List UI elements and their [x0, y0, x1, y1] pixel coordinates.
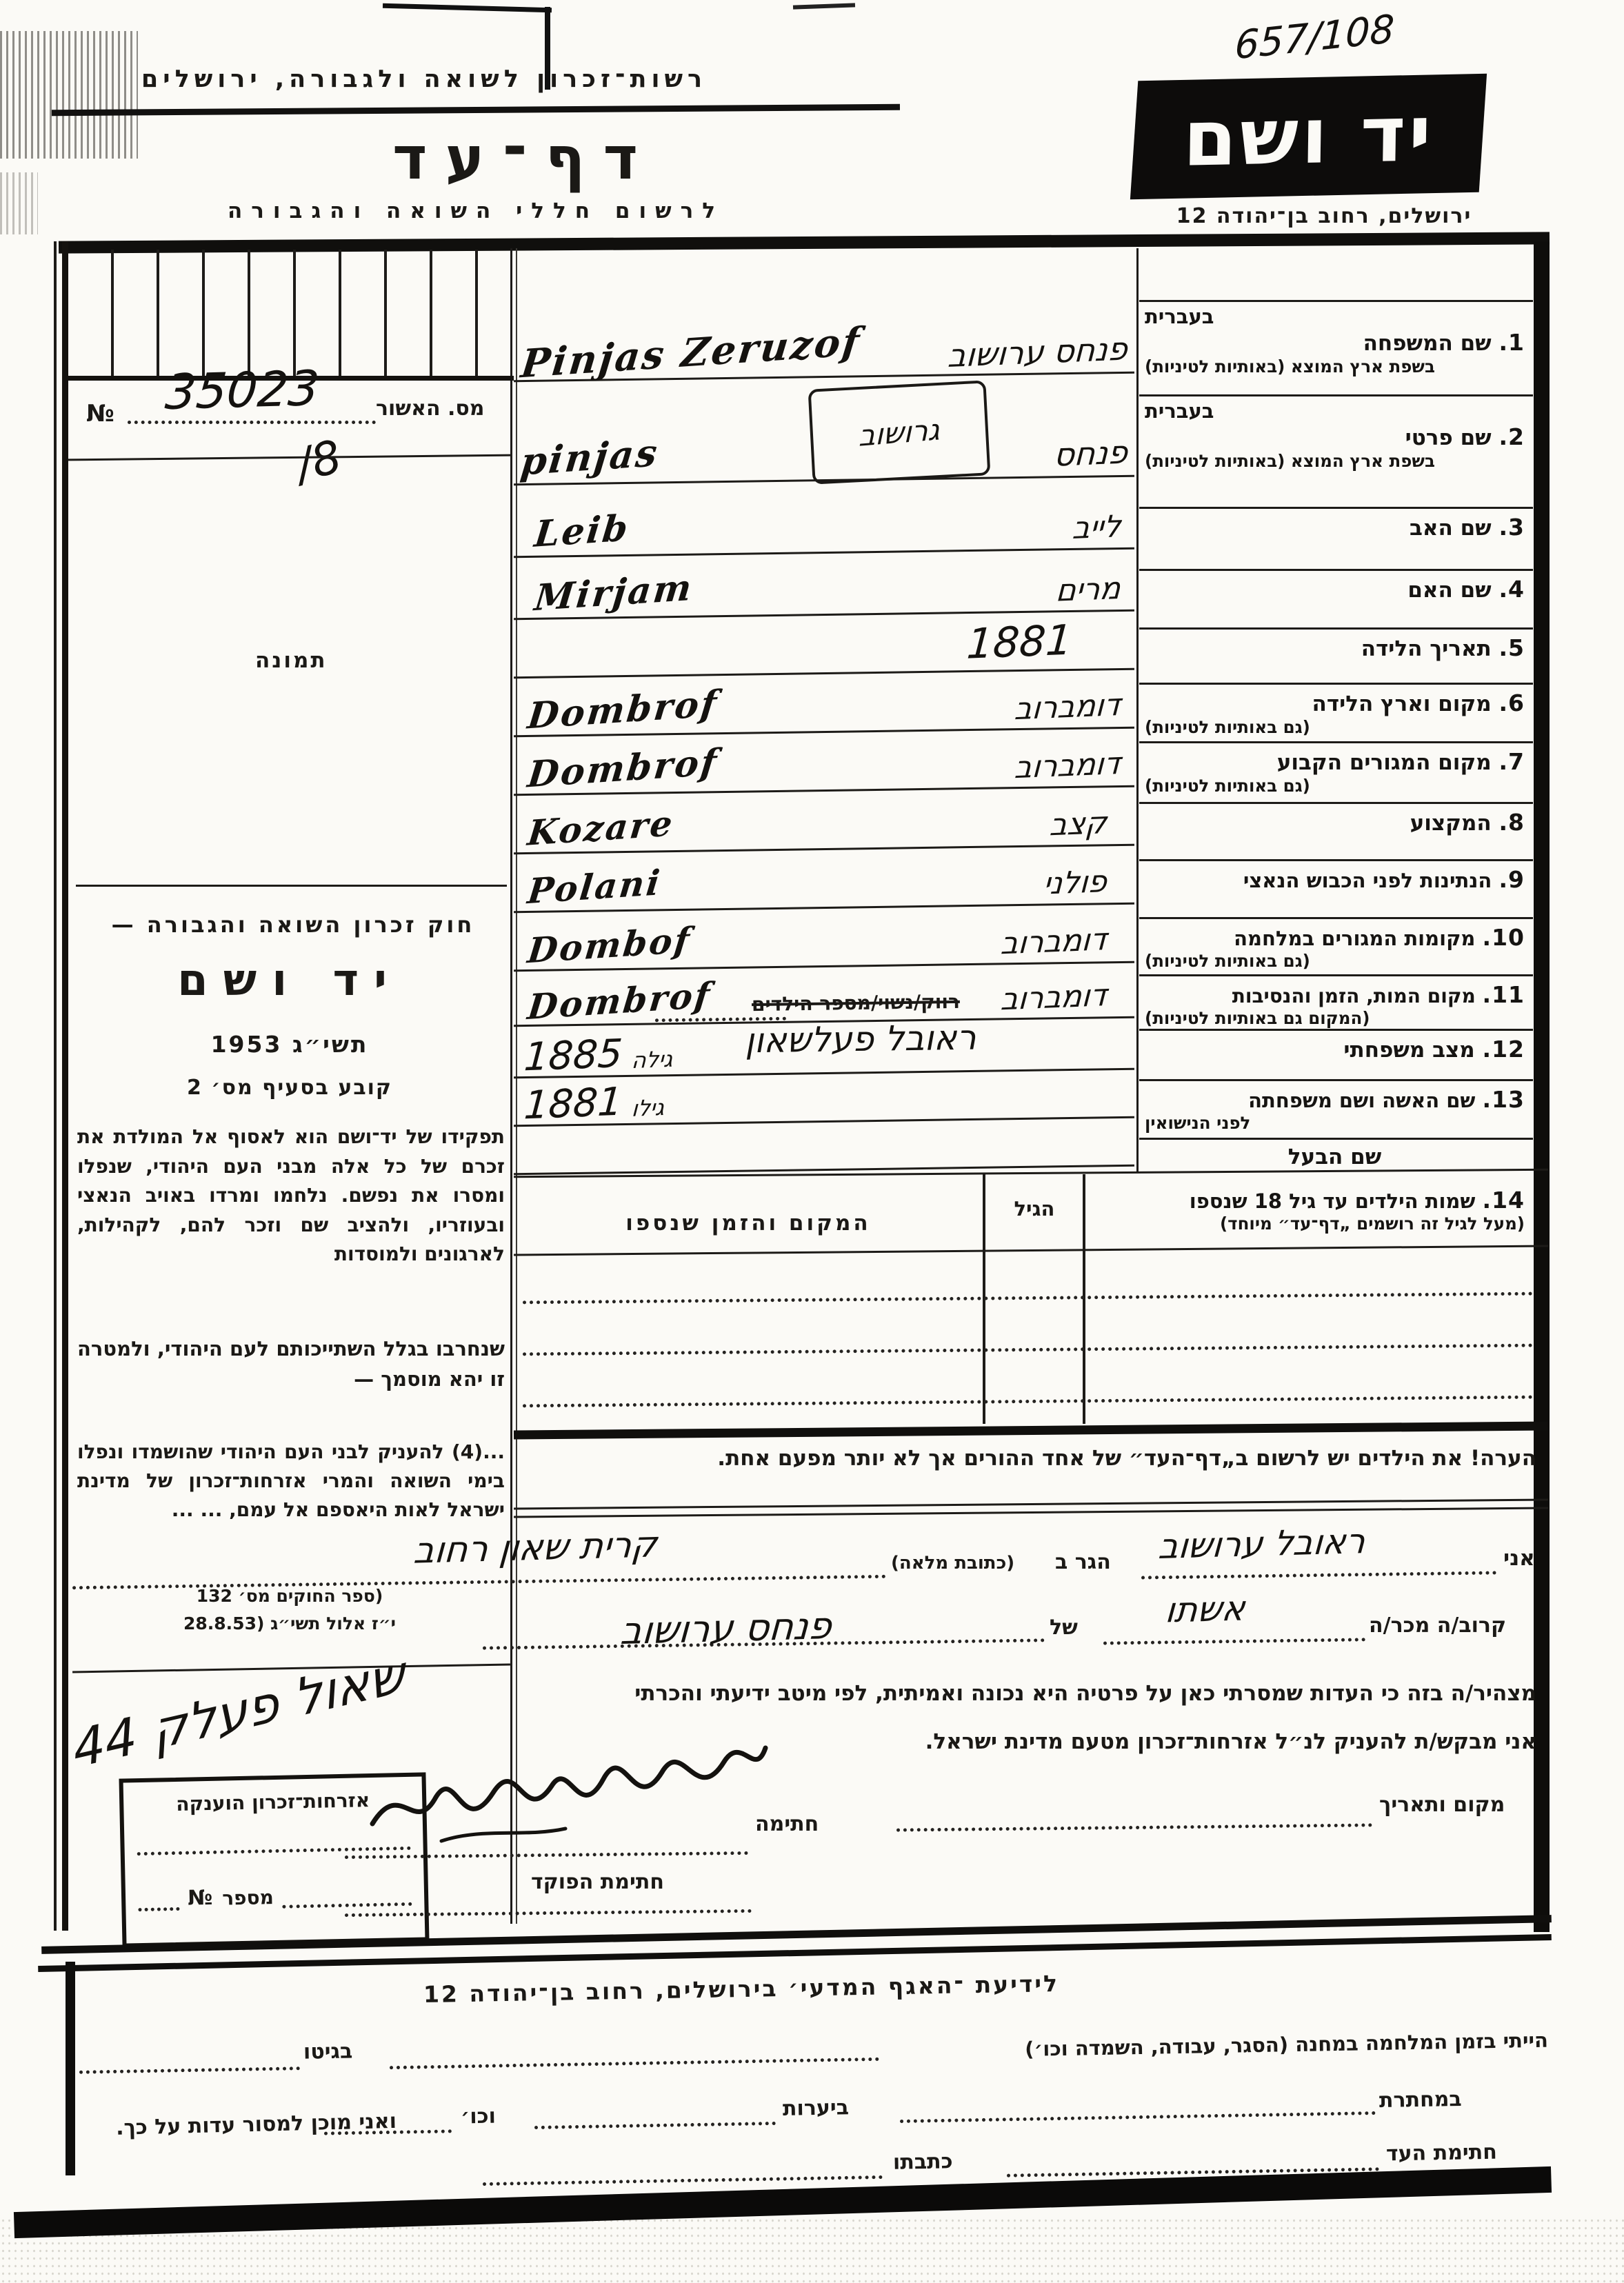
- form-left-outer-border: [54, 241, 57, 1931]
- scan-artifact-line: [793, 3, 855, 9]
- field-label: שם הבעל: [1145, 1144, 1525, 1171]
- field-number: 7.: [1498, 748, 1525, 775]
- law-paragraph-bold: שנחרבו בגלל השתייכותם לעם היהודי, ולמטרה…: [77, 1334, 505, 1394]
- law-paragraph-2: ‏...(4) להעניק לבני העם היהודי שהושמדו ו…: [77, 1438, 505, 1525]
- place-date-line: [896, 1823, 1372, 1831]
- field-sublabel: (גם באותיות לטיניות): [1145, 952, 1525, 971]
- form-subtitle: לרשום חללי השואה והגבורה: [117, 199, 834, 223]
- law-reference-1: (ספר החוקים מס׳ 132: [124, 1586, 455, 1606]
- approval-no-symbol: №: [86, 400, 114, 428]
- war-residence-hebrew-hw: דומברוב: [1000, 922, 1108, 961]
- field-label: שם המשפחה: [1363, 331, 1492, 356]
- place-date-label: מקום ותאריך: [1379, 1793, 1505, 1817]
- entry-birth-date: 1881: [534, 614, 1073, 674]
- field-label: שמות הילדים עד גיל 18 שנספו: [1190, 1189, 1476, 1213]
- field-number: 1.: [1498, 329, 1525, 356]
- residence-latin-hw: Dombrof: [525, 741, 721, 796]
- scanned-testimony-page: רשות־זכרון לשואה ולגבורה, ירושלים דף־עד …: [0, 0, 1624, 2283]
- scan-artifact-line: [383, 3, 552, 12]
- field-label: מצב משפחתי: [1343, 1038, 1474, 1063]
- entry-mother-name: Mirjam מרים: [534, 552, 1121, 615]
- wife-age-entry: גילה 1885: [524, 1032, 673, 1079]
- entry-family-name: Pinjas Zeruzof פנחס ערושוב: [520, 292, 1127, 378]
- husband-age-entry: גילו 1881: [524, 1080, 665, 1127]
- first-name-latin-hw: pinjas: [519, 430, 661, 484]
- note-text: הערה! את הילדים יש לרשום ב„דף־העד״ של אח…: [523, 1445, 1536, 1474]
- field-label-marital-status: 12. מצב משפחתי: [1139, 1029, 1533, 1067]
- etc-label: וכו׳: [461, 2104, 497, 2129]
- bottom-section-left-border: [66, 1962, 75, 2175]
- scan-smudge: [0, 31, 138, 159]
- birth-place-latin-hw: Dombrof: [525, 683, 721, 738]
- citizenship-hebrew-hw: פולני: [1043, 864, 1108, 902]
- field-number: 8.: [1498, 809, 1525, 836]
- form-left-border: [62, 241, 68, 1931]
- field-number: 3.: [1498, 514, 1525, 541]
- table-row-line: [523, 1292, 1533, 1305]
- field-label: מקום המות, הזמן והנסיבות: [1232, 985, 1476, 1007]
- relation-hw: אשתו: [1164, 1588, 1247, 1630]
- field-number: 14.: [1483, 1187, 1525, 1214]
- profession-hebrew-hw: קצב: [1049, 805, 1108, 843]
- left-panel-rule: [76, 885, 507, 887]
- citizenship-latin-hw: Polani: [525, 862, 663, 912]
- field-label: מקום המגורים הקבוע: [1277, 750, 1492, 775]
- field-language-note: בעברית: [1145, 401, 1525, 423]
- column-divider: [1136, 248, 1139, 1172]
- entry-birth-place: Dombrof דומברוב: [527, 670, 1121, 732]
- field-label: הנתינות לפני הכבוש הנאצי: [1243, 869, 1492, 892]
- resident-label: הגר ב: [1055, 1550, 1111, 1574]
- declarant-i-label: אני: [1503, 1546, 1535, 1571]
- entry-residence: Dombrof דומברוב: [527, 729, 1121, 791]
- photo-label: תמונה: [255, 648, 328, 673]
- father-name-hebrew-hw: לייב: [1071, 509, 1121, 546]
- address-line: [72, 1575, 886, 1589]
- entry-citizenship: Polani פולני: [528, 848, 1107, 908]
- his-age-label-hw: גילו: [630, 1094, 665, 1122]
- approval-number-label: מס. האשור: [376, 396, 485, 421]
- father-name-latin-hw: Leib: [532, 507, 632, 556]
- field-label: מקומות המגורים במלחמה: [1234, 927, 1475, 950]
- note-top-bar: [514, 1421, 1548, 1439]
- field-number: 4.: [1498, 576, 1525, 603]
- note-bottom-rule: [514, 1507, 1548, 1518]
- yad-vashem-logo-text: יד ושם: [1183, 89, 1435, 183]
- citizenship-number-line: [138, 1907, 179, 1911]
- entry-first-name: pinjas פנחס: [520, 408, 1127, 480]
- form-title: דף־עד: [331, 124, 717, 193]
- field-language-note: בעברית: [1145, 306, 1525, 328]
- family-name-hebrew-hw: פנחס ערושוב: [947, 330, 1129, 374]
- field-label-residence: 7. מקום המגורים הקבוע (גם באותיות לטיניו…: [1139, 741, 1533, 798]
- org-name: רשות־זכרון לשואה ולגבורה, ירושלים: [48, 66, 800, 93]
- column-divider: [516, 248, 517, 1924]
- mother-name-hebrew-hw: מרים: [1055, 571, 1122, 609]
- witness-signature-label: חתימת העד: [1386, 2140, 1497, 2166]
- field-label-mother: 4. שם האם: [1139, 569, 1533, 607]
- camp-label: הייתי בזמן המלחמה במחנה (הסגר, עבודה, הש…: [886, 2029, 1548, 2064]
- relation-label: קרוב/ה מכר/ה: [1369, 1613, 1506, 1638]
- field-number: 13.: [1483, 1086, 1525, 1113]
- her-age-label-hw: גילה: [630, 1046, 673, 1074]
- yad-vashem-logo: יד ושם: [1130, 74, 1487, 200]
- field-sublabel: לפני הנישואין: [1145, 1114, 1525, 1133]
- field-number: 9.: [1498, 866, 1525, 893]
- field-label-profession: 8. המקצוע: [1139, 802, 1533, 840]
- approval-suffix-hw: /8: [291, 430, 347, 492]
- law-name: יד ושם: [124, 955, 455, 1006]
- approval-number-line: [128, 421, 376, 424]
- underground-label: במחתרת: [1379, 2087, 1462, 2113]
- law-section: קובע בסעיף מס׳ 2: [124, 1076, 455, 1100]
- field-sublabel: (המקום גם באותיות לטיניות): [1145, 1009, 1525, 1028]
- field-label-family-name: בעברית 1. שם המשפחה בשפת ארץ המוצא (באות…: [1139, 300, 1533, 379]
- camp-line: [390, 2058, 879, 2069]
- field-label: מקום וארץ הלידה: [1312, 692, 1492, 716]
- table-row-line: [523, 1344, 1533, 1356]
- mother-name-latin-hw: Mirjam: [532, 566, 695, 619]
- declarant-name-line: [1141, 1571, 1496, 1579]
- her-age-hw: 1885: [523, 1032, 624, 1080]
- witness-signature: [359, 1696, 772, 1855]
- marital-status-printed: רווק/נשוי/מספר הילדים: [752, 990, 960, 1016]
- field-label: שם האם: [1407, 578, 1491, 603]
- ghetto-line: [79, 2066, 300, 2074]
- field-label: המקצוע: [1410, 811, 1492, 836]
- field-number: 6.: [1498, 690, 1525, 716]
- approval-bottom-rule: [68, 454, 512, 461]
- logo-address: ירושלים, רחוב בן־יהודה 12: [1103, 204, 1545, 228]
- residence-hebrew-hw: דומברוב: [1014, 746, 1122, 785]
- scan-smudge: [0, 172, 38, 234]
- law-paragraph: תפקידו של יד־ושם הוא לאסוף אל המולדת את …: [77, 1123, 505, 1269]
- form-right-border: [1534, 241, 1550, 1932]
- field-label-birth-place: 6. מקום וארץ הלידה (גם באותיות לטיניות): [1139, 683, 1533, 740]
- field-label-children: 14. שמות הילדים עד גיל 18 שנספו (מעל לגי…: [1090, 1180, 1533, 1234]
- field-sublabel: (גם באותיות לטיניות): [1145, 718, 1525, 737]
- field-number: 2.: [1498, 423, 1525, 450]
- margin-address-hw: שאול פעלק 44: [70, 1645, 408, 1780]
- table-header-age: הגיל: [986, 1197, 1083, 1220]
- field-label-first-name: בעברית 2. שם פרטי בשפת ארץ המוצא (באותיו…: [1139, 394, 1533, 474]
- field-number: 5.: [1498, 634, 1525, 661]
- war-residence-latin-hw: Dombof: [525, 919, 693, 971]
- address-note: (כתובת מלאה): [891, 1553, 1014, 1573]
- entry-profession: Kozare קצב: [528, 789, 1107, 849]
- his-age-hw: 1881: [523, 1079, 624, 1128]
- field-label-birth-date: 5. תאריך הלידה: [1139, 627, 1533, 665]
- index-cells-strip: [68, 250, 512, 376]
- bottom-section-title: לידיעת ־האגף המדעי׳ בירושלים, רחוב בן־יה…: [276, 1967, 1207, 2011]
- profession-latin-hw: Kozare: [525, 803, 676, 854]
- first-name-hebrew-hw: פנחס: [1052, 433, 1128, 473]
- death-place-hebrew-hw: דומברוב: [1000, 978, 1108, 1017]
- field-label-wife-name: 13. שם האשה ושם משפחתה לפני הנישואין: [1139, 1079, 1533, 1136]
- citizenship-no-symbol: №: [188, 1886, 213, 1911]
- field-sublabel: בשפת ארץ המוצא (באותיות לטיניות): [1145, 452, 1525, 471]
- field-number: 11.: [1483, 981, 1525, 1008]
- column-divider: [510, 248, 512, 1924]
- field-label: שם פרטי: [1405, 425, 1492, 450]
- birth-place-hebrew-hw: דומברוב: [1014, 687, 1122, 727]
- field-label-father: 3. שם האב: [1139, 507, 1533, 545]
- citizenship-number-line: [282, 1902, 412, 1909]
- field-label-war-residence: 10. מקומות המגורים במלחמה (גם באותיות לט…: [1139, 917, 1533, 974]
- field-label: שם האשה ושם משפחתה: [1248, 1089, 1475, 1112]
- field-sublabel: בשפת ארץ המוצא (באותיות לטיניות): [1145, 357, 1525, 376]
- forests-line: [534, 2122, 776, 2129]
- entry-father-name: Leib לייב: [534, 487, 1121, 553]
- law-year: תשי״ג 1953: [124, 1031, 455, 1058]
- law-title: חוק זכרון השואה והגבורה —: [90, 912, 497, 938]
- handwritten-file-number: 657/108: [1234, 7, 1395, 69]
- of-label: של: [1050, 1616, 1078, 1640]
- clerk-signature-label: חתימת הפוקד: [531, 1870, 664, 1894]
- declarant-name-hw: ראובל ערושוב: [1157, 1521, 1367, 1567]
- forests-label: ביערות: [783, 2095, 850, 2121]
- wife-name-hw: ראובל פעלשאון: [745, 1018, 976, 1061]
- underground-line: [900, 2111, 1376, 2123]
- field-label: שם האב: [1410, 516, 1492, 541]
- birth-date-hw: 1881: [965, 616, 1074, 668]
- field-label-citizenship: 9. הנתינות לפני הכבוש הנאצי: [1139, 859, 1533, 896]
- law-reference-2: י״ז אלול תשי״ג (28.8.53: [124, 1613, 455, 1633]
- field-number: 12.: [1483, 1036, 1525, 1063]
- field-label-husband-name: שם הבעל: [1139, 1138, 1533, 1174]
- header-rule: [52, 104, 900, 117]
- field-sublabel: (מעל לגיל זה רושמים „דף־עד״ מיוחד): [1095, 1214, 1525, 1234]
- field-sublabel: (גם באותיות לטיניות): [1145, 776, 1525, 796]
- witness-address-label: כתבתו: [893, 2149, 953, 2175]
- testify-label: ואני מוכן למסור עדות על כך.: [52, 2109, 397, 2142]
- table-header-place-time: המקום והזמן שנספו: [514, 1211, 983, 1236]
- table-header-rule: [514, 1245, 1548, 1256]
- approval-number-hw: 35023: [163, 360, 321, 421]
- address-hw: קרית שאון רחוב: [412, 1524, 659, 1571]
- field-number: 10.: [1483, 924, 1525, 951]
- witness-address-line: [483, 2175, 883, 2186]
- relation-line: [1103, 1638, 1365, 1645]
- field-label-death: 11. מקום המות, הזמן והנסיבות (המקום גם ב…: [1139, 974, 1533, 1031]
- field-label: תאריך הלידה: [1361, 636, 1492, 661]
- ghetto-label: בגיטו: [303, 2039, 353, 2064]
- victim-name-hw: פנחס ערושוב: [619, 1604, 834, 1653]
- table-row-line: [523, 1396, 1533, 1408]
- citizenship-number-label: מספר: [222, 1886, 274, 1910]
- entry-war-residence: Dombof דומברוב: [528, 907, 1107, 967]
